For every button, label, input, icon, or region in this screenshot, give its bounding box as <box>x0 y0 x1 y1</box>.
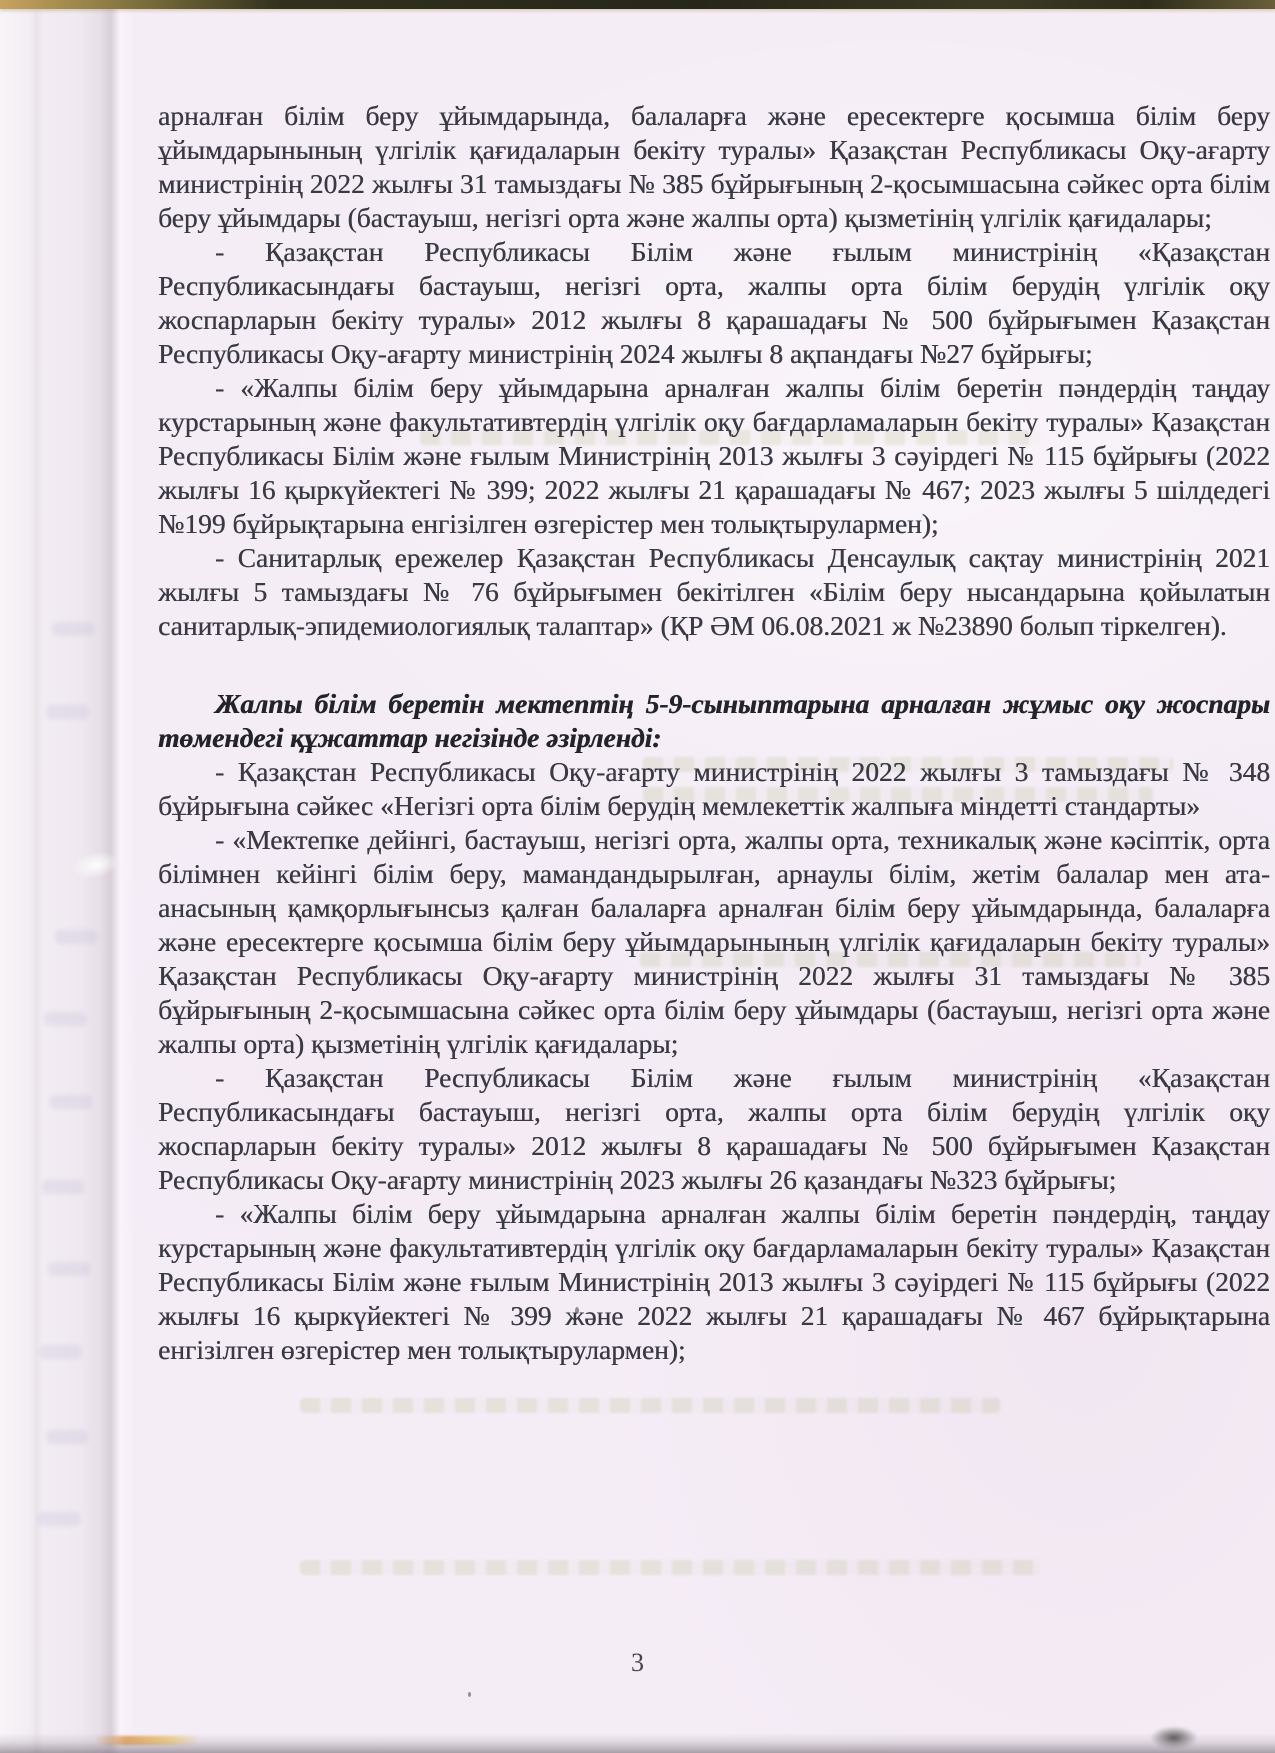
gutter-bleedthrough <box>42 1180 84 1194</box>
body-paragraph: - «Жалпы білім беру ұйымдарына арналған … <box>158 371 1270 541</box>
scan-bottom-edge <box>0 1733 1275 1753</box>
body-paragraph: - Қазақстан Республикасы Білім және ғылы… <box>158 1061 1270 1197</box>
scan-top-edge <box>0 0 1275 9</box>
page-number: 3 <box>0 1648 1275 1678</box>
gutter-bleedthrough <box>38 1512 80 1526</box>
gutter-bleedthrough <box>48 1262 90 1276</box>
ink-speck <box>575 1307 579 1314</box>
text-block: арналған білім беру ұйымдарында, балалар… <box>158 99 1270 1367</box>
body-paragraph: арналған білім беру ұйымдарында, балалар… <box>158 99 1270 235</box>
gutter-bleedthrough <box>46 1430 88 1444</box>
body-paragraph: - Қазақстан Республикасы Оқу-ағарту мини… <box>158 755 1270 823</box>
body-paragraph: - Санитарлық ережелер Қазақстан Республи… <box>158 541 1270 643</box>
scanned-page: арналған білім беру ұйымдарында, балалар… <box>0 0 1275 1753</box>
body-paragraph: - «Жалпы білім беру ұйымдарына арналған … <box>158 1197 1270 1367</box>
section-heading: Жалпы білім беретін мектептің 5-9-сыныпт… <box>158 687 1270 755</box>
gutter-bleedthrough <box>46 705 88 719</box>
bleedthrough-artifact <box>300 1560 1040 1575</box>
body-paragraph: - Қазақстан Республикасы Білім және ғылы… <box>158 235 1270 371</box>
gutter-bleedthrough <box>44 1012 86 1026</box>
gutter-bleedthrough <box>50 1095 92 1109</box>
bleedthrough-artifact <box>300 1398 1000 1413</box>
page-fold-shadow <box>0 0 135 1753</box>
gutter-bleedthrough <box>40 1345 82 1359</box>
gutter-bleedthrough <box>55 930 97 944</box>
ink-speck <box>468 1692 471 1697</box>
body-paragraph: - «Мектепке дейінгі, бастауыш, негізгі о… <box>158 823 1270 1061</box>
gutter-bleedthrough <box>52 622 94 636</box>
